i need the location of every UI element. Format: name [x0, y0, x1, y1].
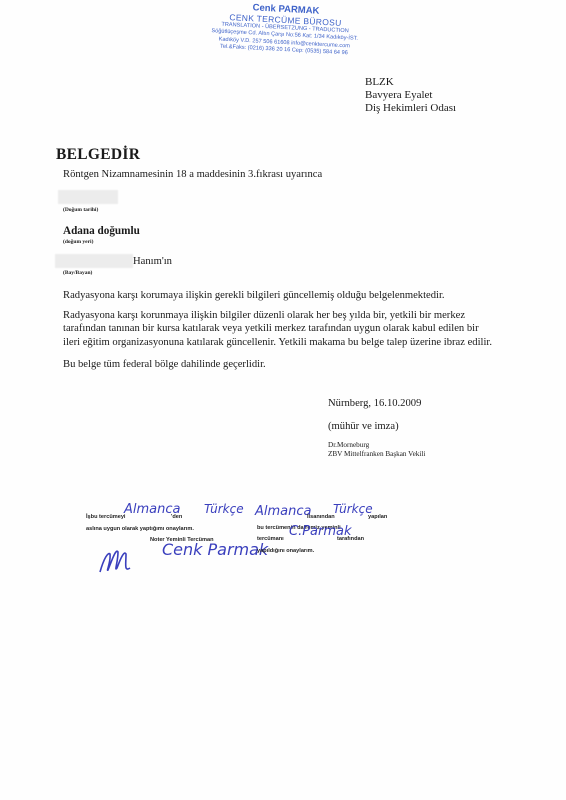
cert-right-line-3-suffix: tarafından: [337, 536, 364, 542]
recipient-line-2: Bavyera Eyalet: [365, 89, 456, 102]
handwritten-translator-name: Cenk Parmak: [162, 540, 268, 559]
signatory: Dr.Morneburg ZBV Mittelfranken Başkan Ve…: [328, 441, 425, 459]
handwritten-target-language-right: Türkçe: [333, 502, 373, 516]
translator-certification-left: İşbu tercümeyi Almanca 'den Türkçe aslın…: [86, 508, 266, 578]
signature-scribble-icon: [96, 538, 136, 578]
paragraph-2-line-1: Radyasyona karşı korunmaya ilişkin bilgi…: [63, 309, 533, 322]
paragraph-1: Radyasyona karşı korumaya ilişkin gerekl…: [63, 289, 533, 302]
birth-date-label: (Doğum tarihi): [63, 207, 98, 213]
recipient-line-3: Diş Hekimleri Odası: [365, 102, 456, 115]
cert-line-2: aslına uygun olarak yaptığımı onaylarım.: [86, 526, 194, 532]
cert-right-line-3-prefix: tercümanı: [257, 536, 284, 542]
paragraph-2-line-2: tarafından tanınan bir kursa katılarak v…: [63, 322, 533, 335]
cert-made-text: yapılan: [368, 514, 387, 520]
seal-note: (mühür ve imza): [328, 420, 399, 433]
place-date: Nürnberg, 16.10.2009: [328, 397, 421, 410]
name-suffix: Hanım'ın: [133, 255, 172, 268]
birth-place: Adana doğumlu: [63, 225, 140, 237]
cert-from-suffix: 'den: [171, 514, 182, 520]
cert-right-line-4: yapıldığını onaylarım.: [257, 548, 314, 554]
handwritten-target-language: Türkçe: [204, 502, 244, 516]
birth-place-label: (doğum yeri): [63, 239, 93, 245]
document-title: BELGEDİR: [56, 146, 140, 164]
paragraph-2-line-3: ileri eğitim organizasyonuna katılarak g…: [63, 336, 533, 349]
redacted-name: [55, 254, 133, 268]
handwritten-source-language-right: Almanca: [255, 504, 312, 519]
cert-from-text: lisanından: [307, 514, 335, 520]
paragraph-3: Bu belge tüm federal bölge dahilinde geç…: [63, 358, 533, 371]
paragraph-2: Radyasyona karşı korunmaya ilişkin bilgi…: [63, 309, 533, 349]
signatory-name: Dr.Morneburg: [328, 441, 425, 450]
recipient-address: BLZK Bavyera Eyalet Diş Hekimleri Odası: [365, 76, 456, 115]
recipient-line-1: BLZK: [365, 76, 456, 89]
signatory-title: ZBV Mittelfranken Başkan Vekili: [328, 450, 425, 459]
redacted-birth-date: [58, 190, 118, 204]
translator-stamp: Cenk PARMAK CENK TERCÜME BÜROSU TRANSLAT…: [199, 0, 371, 59]
name-label: (Bay/Bayan): [63, 270, 92, 276]
translator-certification-right: Almanca lisanından Türkçe yapılan bu ter…: [255, 508, 395, 568]
intro-line: Röntgen Nizamnamesinin 18 a maddesinin 3…: [63, 168, 322, 181]
cert-prefix: İşbu tercümeyi: [86, 514, 125, 520]
